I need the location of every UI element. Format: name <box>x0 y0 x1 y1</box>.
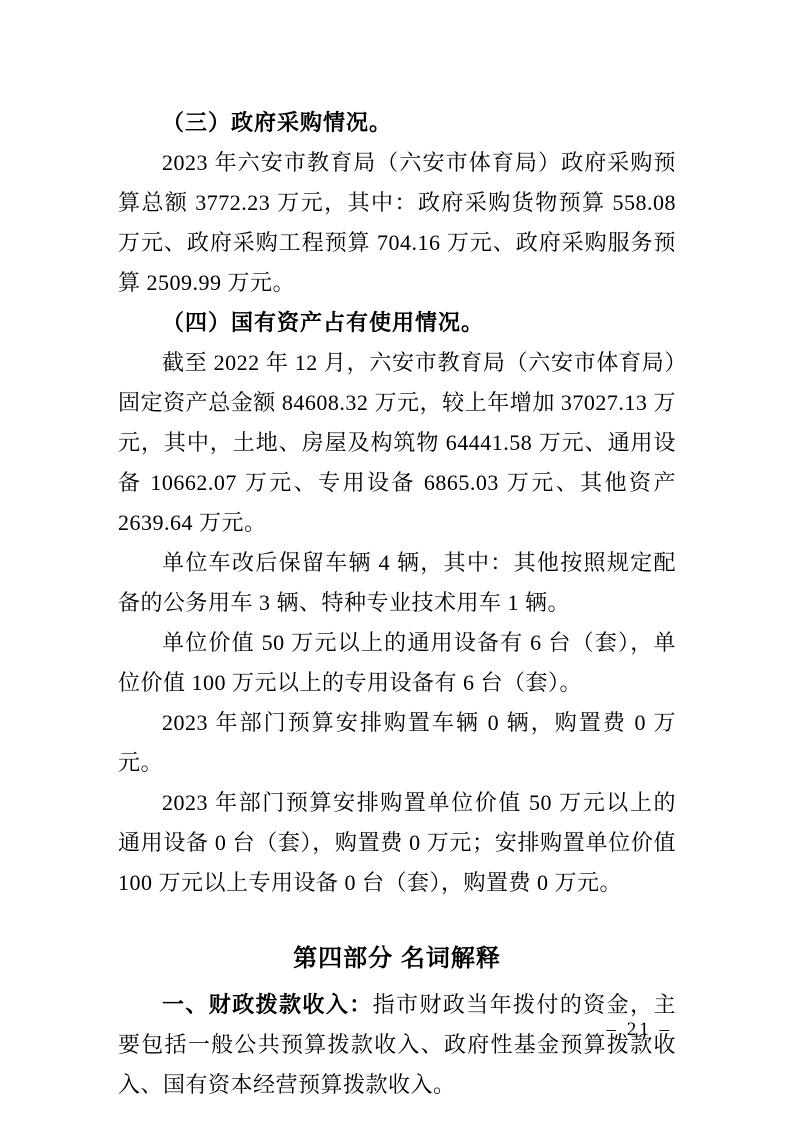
paragraph-vehicles-retained: 单位车改后保留车辆 4 辆，其中：其他按照规定配备的公务用车 3 辆、特种专业技… <box>118 543 676 623</box>
document-page: （三）政府采购情况。 2023 年六安市教育局（六安市体育局）政府采购预算总额 … <box>0 0 793 1122</box>
paragraph-equipment-owned: 单位价值 50 万元以上的通用设备有 6 台（套），单位价值 100 万元以上的… <box>118 623 676 703</box>
paragraph-term-fiscal-appropriation: 一、财政拨款收入：指市财政当年拨付的资金，主要包括一般公共预算拨款收入、政府性基… <box>118 985 676 1105</box>
heading-state-owned-assets: （四）国有资产占有使用情况。 <box>118 303 676 343</box>
page-number: – 21 – <box>607 1018 673 1042</box>
heading-part4-glossary: 第四部分 名词解释 <box>118 939 676 979</box>
paragraph-vehicle-purchase-budget: 2023 年部门预算安排购置车辆 0 辆，购置费 0 万元。 <box>118 703 676 783</box>
paragraph-equipment-purchase-budget: 2023 年部门预算安排购置单位价值 50 万元以上的通用设备 0 台（套），购… <box>118 783 676 903</box>
heading-government-procurement: （三）政府采购情况。 <box>118 103 676 143</box>
paragraph-procurement-budget: 2023 年六安市教育局（六安市体育局）政府采购预算总额 3772.23 万元，… <box>118 143 676 303</box>
paragraph-fixed-assets: 截至 2022 年 12 月，六安市教育局（六安市体育局）固定资产总金额 846… <box>118 343 676 543</box>
term-fiscal-appropriation-label: 一、财政拨款收入： <box>162 992 373 1017</box>
document-content: （三）政府采购情况。 2023 年六安市教育局（六安市体育局）政府采购预算总额 … <box>118 103 676 1105</box>
